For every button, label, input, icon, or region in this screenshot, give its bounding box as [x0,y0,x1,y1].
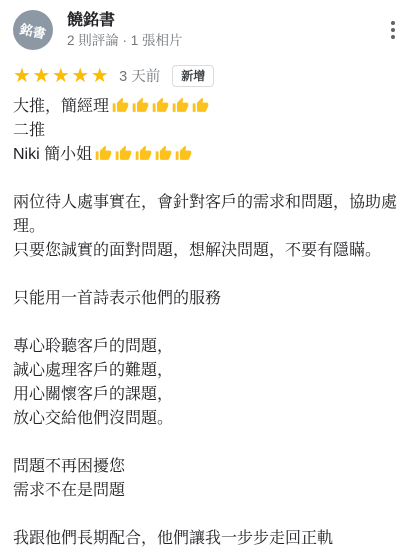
review-line-text: 用心關懷客戶的課題， [13,386,173,403]
reviewer-name[interactable]: 饒銘書 [67,11,380,31]
review-line-text: 二推 [13,122,45,139]
thumbs-up-icon [172,97,189,114]
kebab-menu-icon [391,28,395,32]
review-timestamp: 3 天前 [119,65,160,86]
avatar-monogram: 銘書 [18,18,47,42]
review-line-text: 專心聆聽客戶的問題， [13,338,173,355]
review-line [13,431,406,455]
review-line: 專心聆聽客戶的問題， [13,335,406,359]
review-line-text: 大推，簡經理 [13,98,109,115]
review-line: 用心關懷客戶的課題， [13,383,406,407]
review-line-text: 只能用一首詩表示他們的服務 [13,290,221,307]
review-line: 大推，簡經理 [13,95,406,119]
review-line-text: Niki 簡小姐 [13,146,92,163]
avatar[interactable]: 銘書 [13,10,53,50]
new-badge: 新增 [172,65,214,87]
review-line-text: 問題不再困擾您 [13,458,125,475]
thumbs-up-icon [155,145,172,162]
review-line: 只能用一首詩表示他們的服務 [13,287,406,311]
review-line: Niki 簡小姐 [13,143,406,167]
thumbs-up-icon [132,97,149,114]
thumbs-up-icon [152,97,169,114]
kebab-menu-icon [391,21,395,25]
reviewer-stats: 2 則評論 · 1 張相片 [67,32,380,50]
rating-row: ★★★★★ 3 天前 新增 [13,63,406,88]
kebab-menu-icon [391,35,395,39]
review-line-text: 放心交給他們沒問題。 [13,410,173,427]
review-line [13,311,406,335]
review-line: 需求不在是問題 [13,479,406,503]
review-line: 放心交給他們沒問題。 [13,407,406,431]
star-rating-icons: ★★★★★ [13,66,110,86]
review-line [13,503,406,527]
review-line [13,263,406,287]
thumbs-up-icon [192,97,209,114]
thumbs-up-icon [112,97,129,114]
review-card: 銘書 饒銘書 2 則評論 · 1 張相片 ★★★★★ 3 天前 新增 大推，簡經… [0,0,419,550]
more-options-button[interactable] [380,10,406,50]
thumbs-up-icon [175,145,192,162]
review-line: 二推 [13,119,406,143]
review-line-text: 只要您誠實的面對問題，想解決問題，不要有隱瞞。 [13,242,381,259]
review-line: 問題不再困擾您 [13,455,406,479]
reviewer-header: 銘書 饒銘書 2 則評論 · 1 張相片 [13,10,406,50]
reviewer-identity: 饒銘書 2 則評論 · 1 張相片 [67,11,380,50]
review-line: 兩位待人處事實在，會針對客戶的需求和問題，協助處理。 [13,191,406,239]
review-line-text: 需求不在是問題 [13,482,125,499]
review-line: 誠心處理客戶的難題， [13,359,406,383]
review-text: 大推，簡經理二推Niki 簡小姐兩位待人處事實在，會針對客戶的需求和問題，協助處… [13,95,406,550]
thumbs-up-icon [135,145,152,162]
review-line-text: 兩位待人處事實在，會針對客戶的需求和問題，協助處理。 [13,194,397,235]
review-line: 我跟他們長期配合，他們讓我一步步走回正軌 [13,527,406,550]
review-line-text: 誠心處理客戶的難題， [13,362,173,379]
thumbs-up-icon [95,145,112,162]
thumbs-up-icon [115,145,132,162]
review-line-text: 我跟他們長期配合，他們讓我一步步走回正軌 [13,530,333,547]
review-line: 只要您誠實的面對問題，想解決問題，不要有隱瞞。 [13,239,406,263]
review-line [13,167,406,191]
